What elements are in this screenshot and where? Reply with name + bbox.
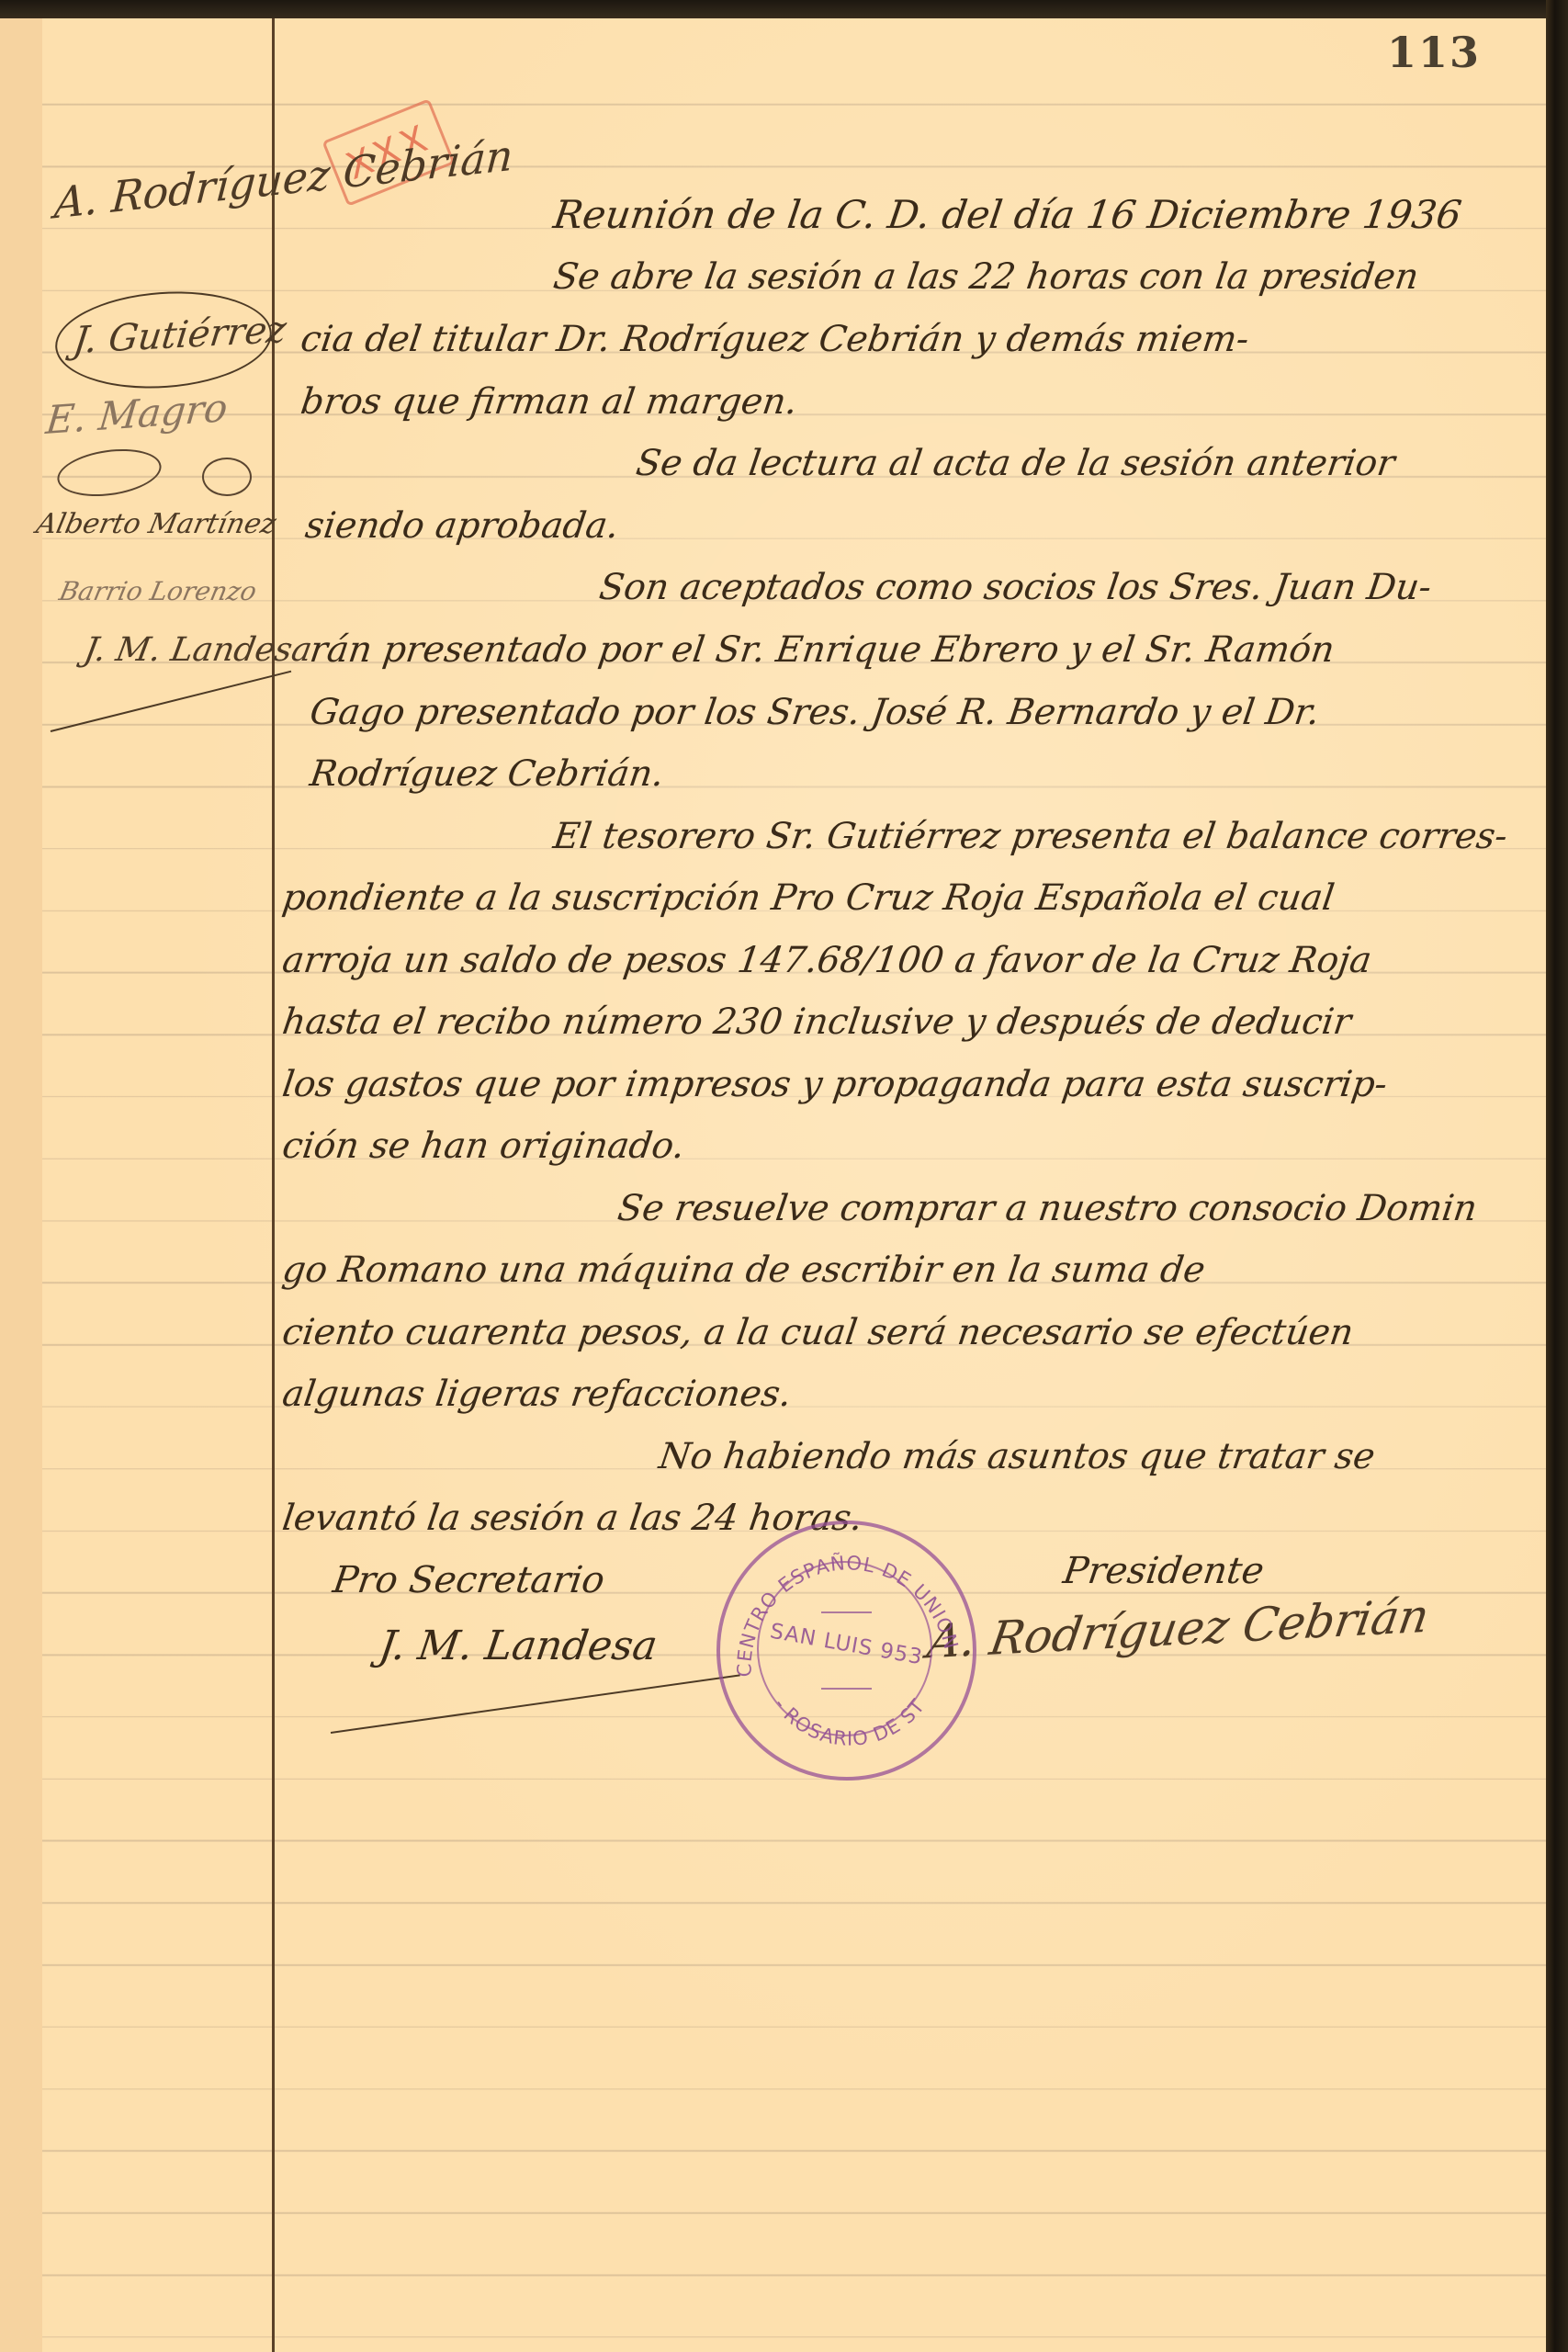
minutes-line: Se da lectura al acta de la sesión anter…	[634, 446, 1397, 481]
minutes-line: Rodríguez Cebrián.	[308, 756, 666, 792]
minutes-title: Reunión de la C. D. del día 16 Diciembre…	[551, 196, 1464, 234]
minutes-line: algunas ligeras refacciones.	[280, 1376, 794, 1412]
minutes-line: Se abre la sesión a las 22 horas con la …	[551, 259, 1421, 295]
margin-signature: Alberto Martínez	[34, 511, 278, 538]
president-title: Presidente	[1061, 1553, 1266, 1589]
minutes-line: rán presentado por el Sr. Enrique Ebrero…	[308, 632, 1337, 668]
minutes-line: Se resuelve comprar a nuestro consocio D…	[615, 1191, 1479, 1227]
secretary-signature: J. M. Landesa	[377, 1626, 660, 1667]
previous-page-edge	[0, 18, 44, 2352]
minutes-line: El tesorero Sr. Gutiérrez presenta el ba…	[551, 819, 1509, 854]
margin-rule	[272, 18, 275, 2352]
minutes-line: hasta el recibo número 230 inclusive y d…	[280, 1004, 1353, 1040]
ledger-binding-top	[0, 0, 1568, 20]
minutes-line: bros que firman al margen.	[299, 384, 800, 420]
official-stamp: CENTRO ESPAÑOL DE UNION REPUBLICANA - RO…	[716, 1521, 976, 1781]
margin-signature: J. Gutiérrez	[72, 311, 288, 359]
minutes-line: arroja un saldo de pesos 147.68/100 a fa…	[280, 943, 1373, 978]
ledger-page	[42, 18, 1547, 2352]
minutes-line: No habiendo más asuntos que tratar se	[657, 1439, 1377, 1475]
minutes-line: los gastos que por impresos y propaganda…	[280, 1067, 1390, 1102]
minutes-line: siendo aprobada.	[303, 508, 621, 544]
minutes-line: Gago presentado por los Sres. José R. Be…	[308, 695, 1322, 730]
margin-signature: J. M. Landesa	[82, 634, 314, 667]
stamp-ornament	[821, 1688, 872, 1690]
minutes-line: Son aceptados como socios los Sres. Juan…	[597, 570, 1434, 605]
ledger-binding-right	[1546, 0, 1568, 2352]
minutes-line: ción se han originado.	[280, 1128, 687, 1164]
stamp-ornament	[821, 1611, 872, 1613]
signature-flourish-loop	[202, 458, 252, 496]
minutes-line: cia del titular Dr. Rodríguez Cebrián y …	[299, 322, 1251, 357]
margin-signature: Barrio Lorenzo	[57, 579, 259, 605]
minutes-line: ciento cuarenta pesos, a la cual será ne…	[280, 1315, 1356, 1351]
page-number: 113	[1387, 28, 1481, 77]
secretary-title: Pro Secretario	[331, 1562, 607, 1599]
minutes-line: pondiente a la suscripción Pro Cruz Roja…	[280, 880, 1337, 916]
minutes-line: go Romano una máquina de escribir en la …	[280, 1252, 1207, 1288]
